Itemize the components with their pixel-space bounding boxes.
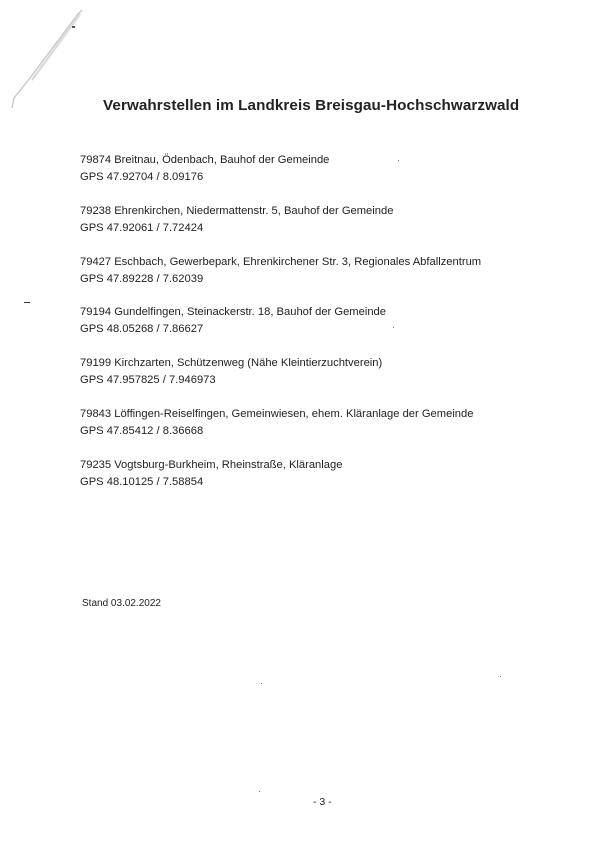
scan-speck: [500, 676, 501, 677]
page-number: - 3 -: [313, 796, 332, 808]
location-entry: 79427 Eschbach, Gewerbepark, Ehrenkirche…: [80, 254, 550, 288]
location-entry: 79194 Gundelfingen, Steinackerstr. 18, B…: [80, 304, 550, 338]
location-entry: 79199 Kirchzarten, Schützenweg (Nähe Kle…: [80, 355, 550, 389]
scan-artifact-tick: [24, 302, 30, 303]
stand-date: Stand 03.02.2022: [82, 598, 161, 609]
location-address: 79874 Breitnau, Ödenbach, Bauhof der Gem…: [80, 152, 550, 169]
location-entry: 79874 Breitnau, Ödenbach, Bauhof der Gem…: [80, 152, 550, 186]
location-gps: GPS 48.10125 / 7.58854: [80, 474, 550, 491]
location-entry: 79235 Vogtsburg-Burkheim, Rheinstraße, K…: [80, 457, 550, 491]
location-address: 79194 Gundelfingen, Steinackerstr. 18, B…: [80, 304, 550, 321]
location-address: 79235 Vogtsburg-Burkheim, Rheinstraße, K…: [80, 457, 550, 474]
scan-artifact-stroke: [10, 8, 90, 108]
location-gps: GPS 47.92704 / 8.09176: [80, 169, 550, 186]
location-list: 79874 Breitnau, Ödenbach, Bauhof der Gem…: [80, 152, 550, 508]
scan-speck: [398, 160, 399, 161]
location-address: 79199 Kirchzarten, Schützenweg (Nähe Kle…: [80, 355, 550, 372]
scan-speck: [393, 327, 394, 328]
location-gps: GPS 47.957825 / 7.946973: [80, 372, 550, 389]
scan-speck: [261, 683, 262, 684]
location-address: 79238 Ehrenkirchen, Niedermattenstr. 5, …: [80, 203, 550, 220]
location-address: 79843 Löffingen-Reiselfingen, Gemeinwies…: [80, 406, 550, 423]
location-address: 79427 Eschbach, Gewerbepark, Ehrenkirche…: [80, 254, 550, 271]
document-title: Verwahrstellen im Landkreis Breisgau-Hoc…: [103, 97, 519, 114]
location-gps: GPS 48.05268 / 7.86627: [80, 321, 550, 338]
location-gps: GPS 47.85412 / 8.36668: [80, 423, 550, 440]
location-gps: GPS 47.92061 / 7.72424: [80, 220, 550, 237]
location-entry: 79238 Ehrenkirchen, Niedermattenstr. 5, …: [80, 203, 550, 237]
location-entry: 79843 Löffingen-Reiselfingen, Gemeinwies…: [80, 406, 550, 440]
location-gps: GPS 47.89228 / 7.62039: [80, 271, 550, 288]
scan-speck: [259, 791, 260, 792]
